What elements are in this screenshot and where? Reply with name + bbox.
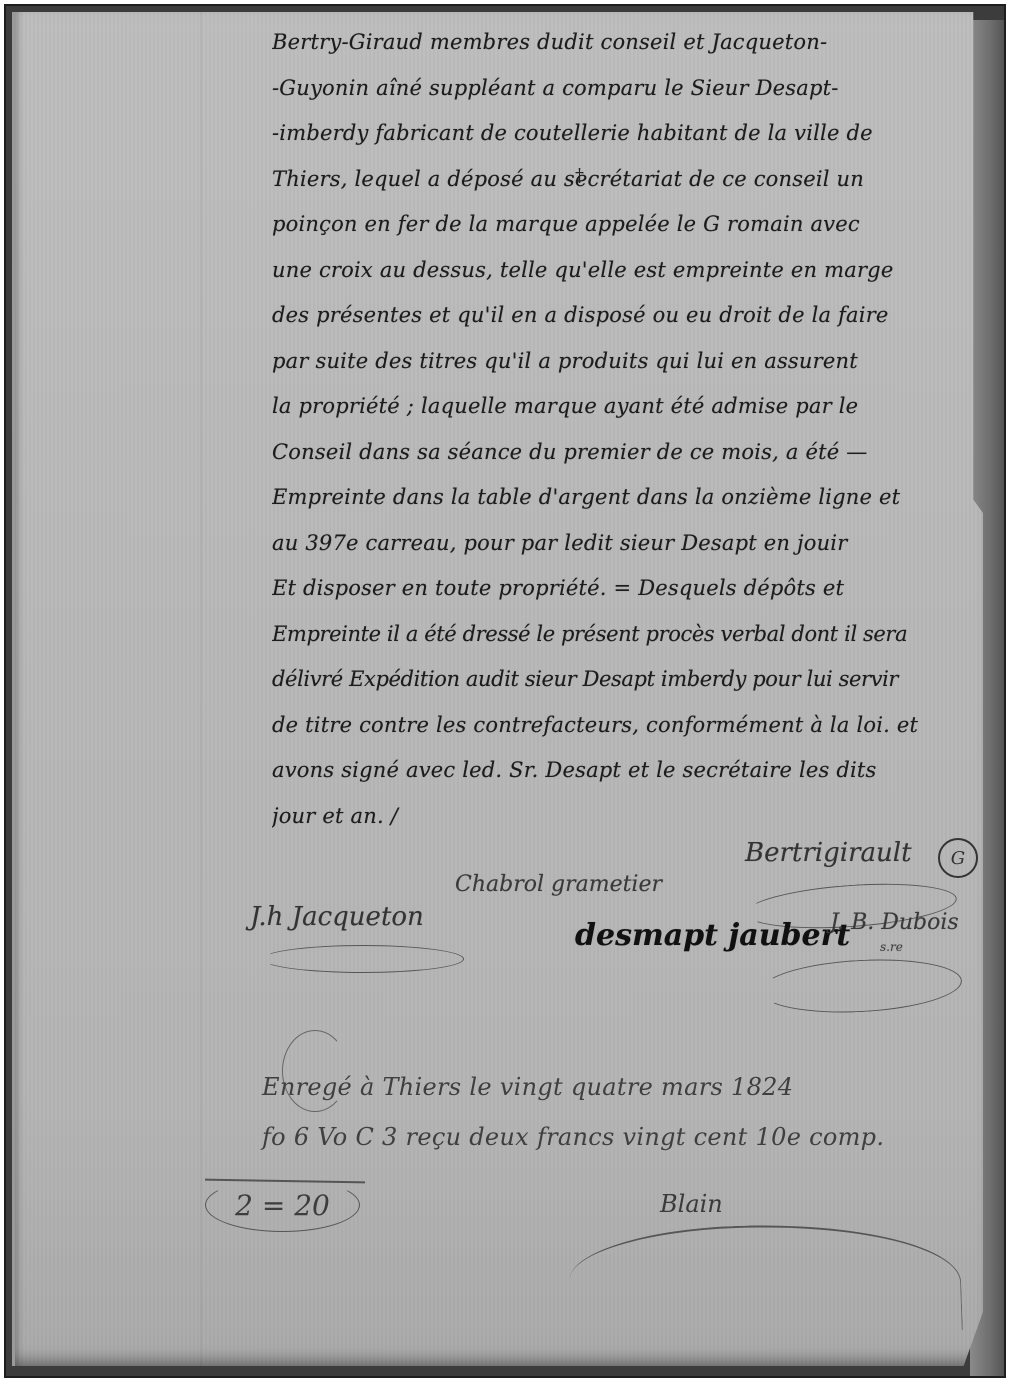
- clerk-signature: Blain: [660, 1190, 723, 1218]
- registration-note: Enregé à Thiers le vingt quatre mars 182…: [262, 1062, 884, 1162]
- seal-glyph: G: [951, 848, 965, 869]
- signature-dubois: J. B. Dubois: [830, 910, 959, 935]
- signature-desmapt: desmapt jaubert: [575, 918, 850, 953]
- signature-jacqueton: J.h Jacqueton: [250, 902, 424, 932]
- flourish-icon: [262, 945, 464, 973]
- registration-amount: 2 = 20: [205, 1178, 360, 1232]
- seal-stamp-icon: G: [938, 838, 978, 878]
- registration-line-1: Enregé à Thiers le vingt quatre mars 182…: [262, 1062, 884, 1112]
- amount-value: 2 = 20: [235, 1189, 330, 1222]
- signature-block: Chabrol grametier Bertrigirault G J.h Ja…: [0, 0, 1010, 1386]
- registration-line-2: fo 6 Vo C 3 reçu deux francs vingt cent …: [262, 1112, 884, 1162]
- flourish-icon: [759, 955, 963, 1018]
- signature-bertrigirault: Bertrigirault: [745, 838, 912, 868]
- signature-chabrol: Chabrol grametier: [455, 872, 662, 897]
- signature-dubois-title: s.re: [880, 940, 903, 954]
